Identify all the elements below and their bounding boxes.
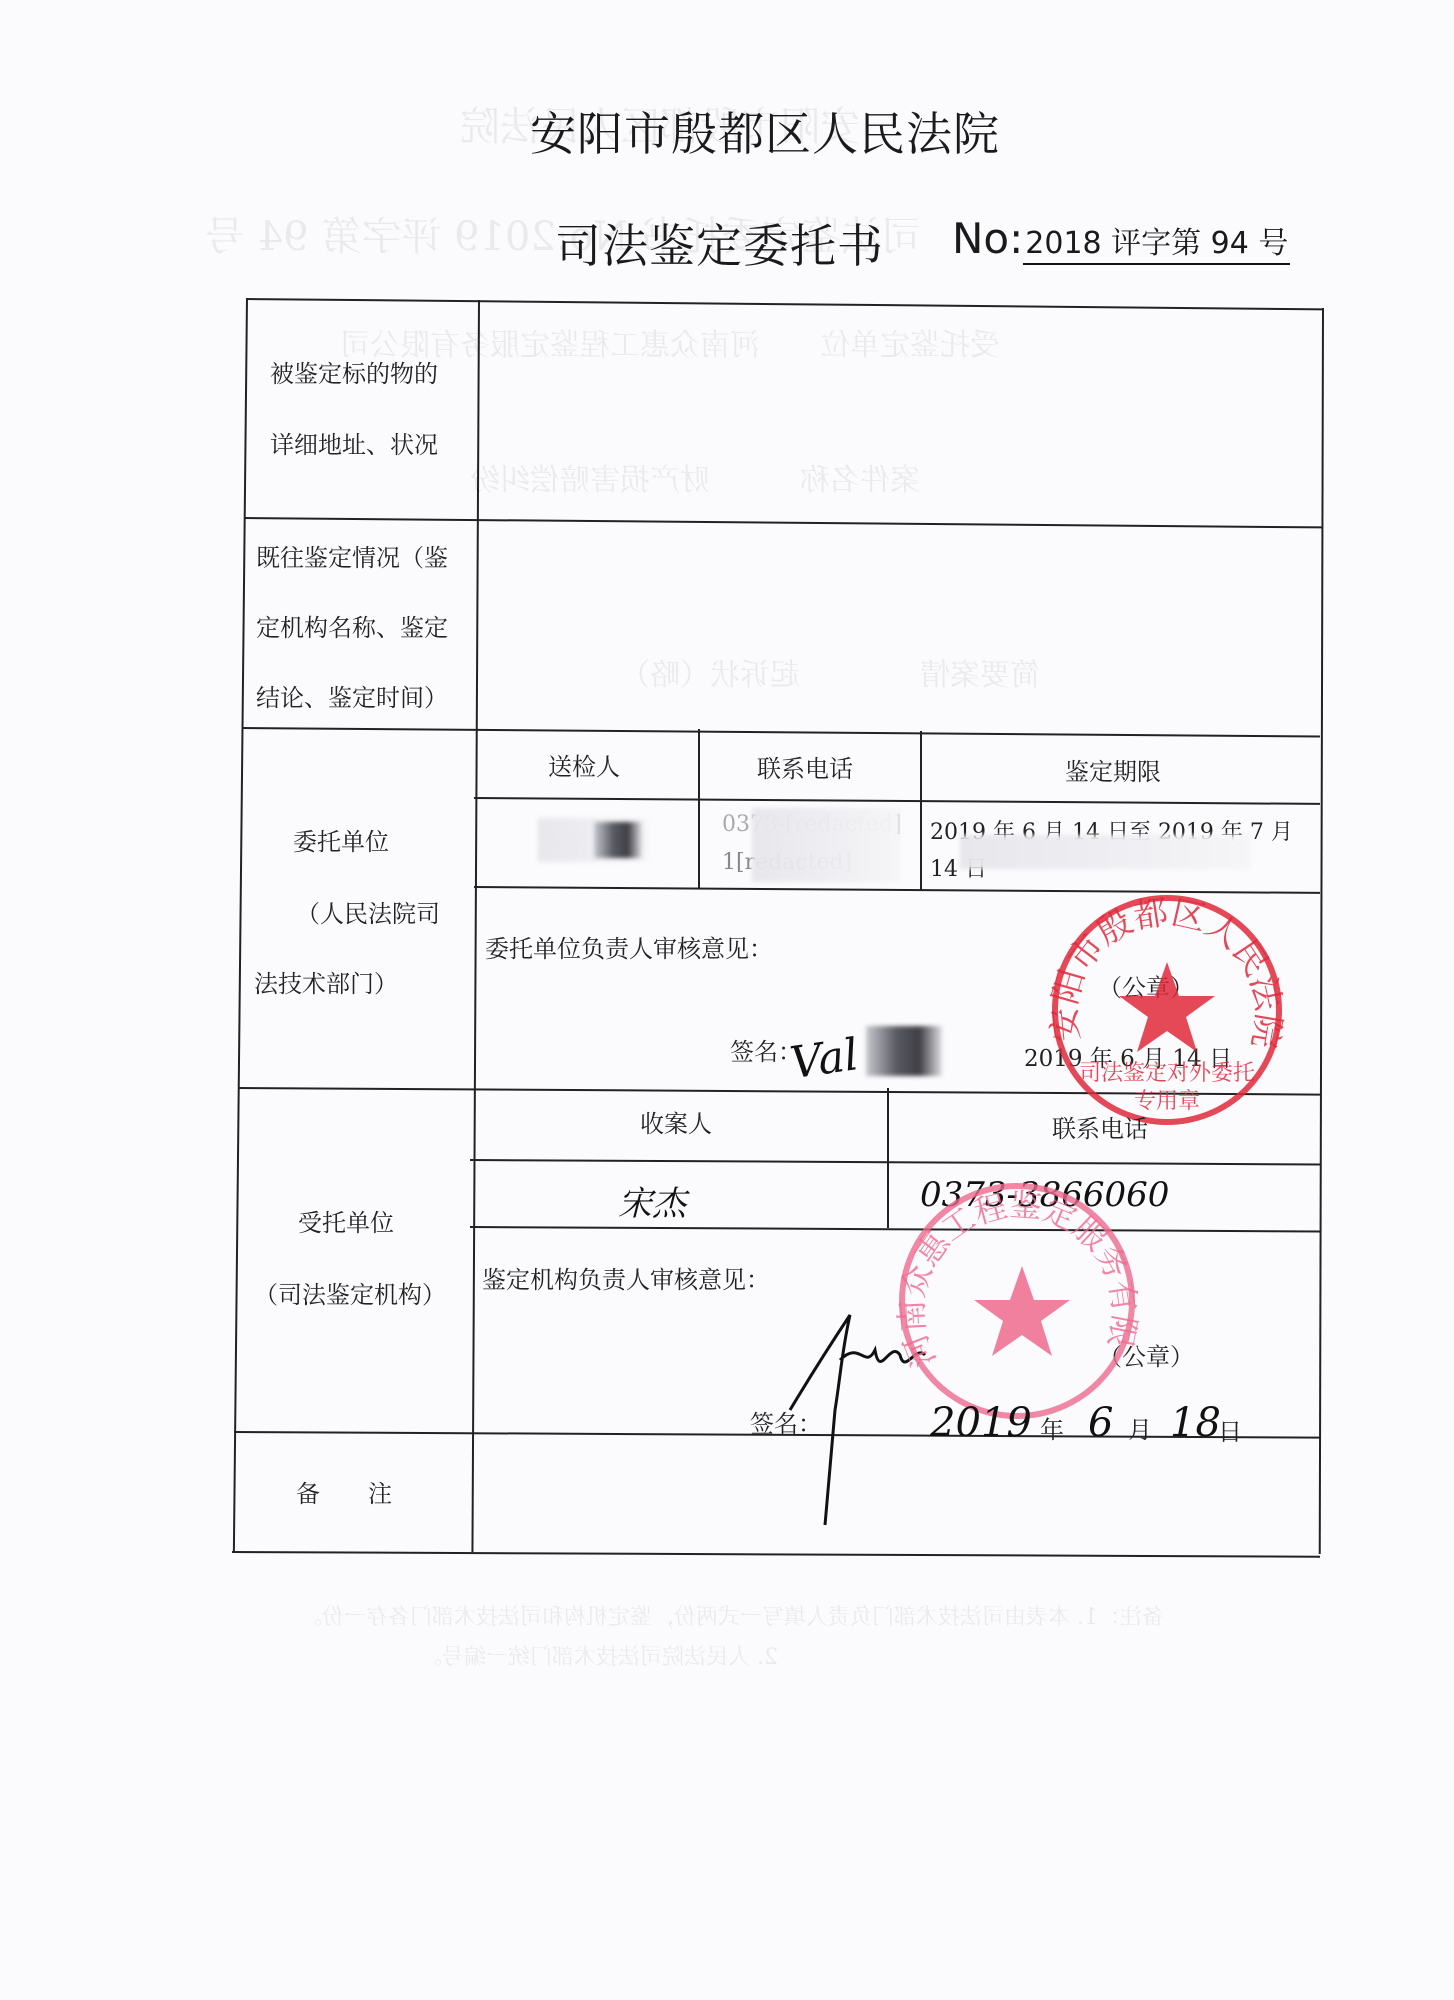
client-label: （人民法院司 xyxy=(296,902,440,926)
agency-phone-value: 0373-3866060 xyxy=(920,1175,1169,1215)
table-border xyxy=(246,298,1324,310)
agency-label: （司法鉴定机构） xyxy=(254,1283,446,1307)
agency-seal-label: （公章） xyxy=(1098,1345,1194,1369)
agency-date-year: 2019 xyxy=(930,1400,1032,1446)
agency-date-day-label: 日 xyxy=(1218,1420,1242,1444)
table-border xyxy=(238,1087,1320,1096)
client-label: 委托单位 xyxy=(293,830,389,854)
table-border xyxy=(244,517,1322,528)
table-border xyxy=(1319,308,1324,1554)
prior-appraisal-label: 结论、鉴定时间） xyxy=(256,686,448,710)
table-border xyxy=(471,300,480,1552)
client-review-label: 委托单位负责人审核意见： xyxy=(485,937,773,961)
redaction xyxy=(594,822,642,858)
subject-label: 详细地址、状况 xyxy=(270,433,438,457)
table-border xyxy=(474,797,1320,805)
remarks-label: 备 注 xyxy=(296,1482,392,1506)
client-sign-date: 2019 年 6 月 14 日 xyxy=(1024,1040,1232,1073)
prior-appraisal-label: 定机构名称、鉴定 xyxy=(256,616,448,640)
redaction xyxy=(752,808,900,882)
agency-label: 受托单位 xyxy=(298,1211,394,1235)
table-border xyxy=(470,1226,1320,1232)
deadline-header: 鉴定期限 xyxy=(1065,760,1161,784)
agency-date-month-label: 月 xyxy=(1128,1418,1152,1442)
sender-header: 送检人 xyxy=(548,755,620,779)
table-border xyxy=(920,731,922,891)
table-border xyxy=(233,298,248,1552)
client-label: 法技术部门） xyxy=(254,972,398,996)
table-border xyxy=(232,1551,1320,1558)
subject-label: 被鉴定标的物的 xyxy=(270,362,438,386)
agency-date-year-label: 年 xyxy=(1040,1418,1064,1442)
table-border xyxy=(474,886,1320,894)
table-border xyxy=(242,727,1320,737)
phone-header: 联系电话 xyxy=(757,757,853,781)
commission-form-table xyxy=(0,0,1454,2000)
client-seal-label: （公章） xyxy=(1098,976,1194,1000)
table-border xyxy=(470,1159,1320,1165)
agency-phone-header: 联系电话 xyxy=(1052,1117,1148,1141)
agency-date-day: 18 xyxy=(1170,1400,1221,1446)
receiver-header: 收案人 xyxy=(640,1112,712,1136)
redaction xyxy=(866,1026,942,1076)
redaction xyxy=(960,835,1250,869)
table-border xyxy=(698,729,700,889)
prior-appraisal-label: 既往鉴定情况（鉴 xyxy=(256,546,448,570)
table-border xyxy=(887,1088,889,1228)
receiver-value: 宋杰 xyxy=(618,1176,686,1225)
agency-review-label: 鉴定机构负责人审核意见： xyxy=(482,1268,770,1292)
agency-sign-label: 签名： xyxy=(750,1412,822,1436)
agency-date-month: 6 xyxy=(1088,1400,1113,1446)
